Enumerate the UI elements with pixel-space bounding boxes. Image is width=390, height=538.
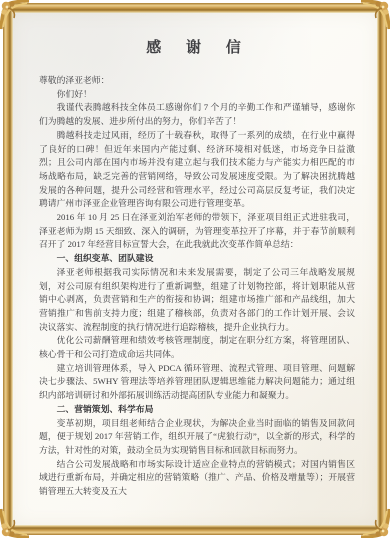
frame-edge-left: [3, 3, 12, 535]
frame-edge-right: [378, 3, 387, 535]
framed-letter-photo: 感 谢 信 尊敬的泽亚老师： 你们好！ 我谨代表腾越科技全体员工感谢你们 7 个…: [0, 0, 390, 538]
paragraph: 优化公司薪酬管理和绩效考核管理制度，制定在职分红方案，将管理团队、核心骨干和公司…: [39, 334, 355, 361]
section-heading-1: 一、组织变革、团队建设: [39, 252, 355, 266]
paragraph: 2016 年 10 月 25 日在泽亚刘治军老师的带领下，泽亚项目组正式进驻我司…: [39, 211, 355, 252]
frame-edge-bottom: [3, 526, 387, 535]
salutation: 尊敬的泽亚老师：: [39, 74, 355, 88]
paragraph: 泽亚老师根据我司实际情况和未来发展需要，制定了公司三年战略发展规划，对公司原有组…: [39, 266, 355, 335]
letter-body: 尊敬的泽亚老师： 你们好！ 我谨代表腾越科技全体员工感谢你们 7 个月的辛勤工作…: [39, 74, 355, 499]
frame-corner-ornament-icon: [0, 508, 30, 538]
paragraph: 变革初期，项目组老师结合企业现状，为解决企业当时面临的销售及回款问题，便于规划 …: [39, 417, 355, 458]
frame-edge-top: [3, 3, 387, 12]
frame-corner-ornament-icon: [360, 0, 390, 30]
frame-corner-ornament-icon: [0, 0, 30, 30]
paragraph: 结合公司发展战略和市场实际设计适应企业特点的营销模式；对国内销售区域进行重新布局…: [39, 458, 355, 499]
letter-paper: 感 谢 信 尊敬的泽亚老师： 你们好！ 我谨代表腾越科技全体员工感谢你们 7 个…: [12, 12, 378, 526]
paragraph: 腾越科技走过风雨，经历了十载春秋，取得了一系列的成绩，在行业中赢得了良好的口碑！…: [39, 129, 355, 211]
paragraph: 我谨代表腾越科技全体员工感谢你们 7 个月的辛勤工作和严谨辅导，感谢你们为腾越的…: [39, 101, 355, 128]
section-heading-2: 二、营销策划、科学布局: [39, 403, 355, 417]
letter-title: 感 谢 信: [39, 37, 355, 59]
frame-corner-ornament-icon: [360, 508, 390, 538]
greeting: 你们好！: [39, 88, 355, 102]
paragraph: 建立培训管理体系，导入 PDCA 循环管理、流程式管理、项目管理、问题解决七步骤…: [39, 362, 355, 403]
